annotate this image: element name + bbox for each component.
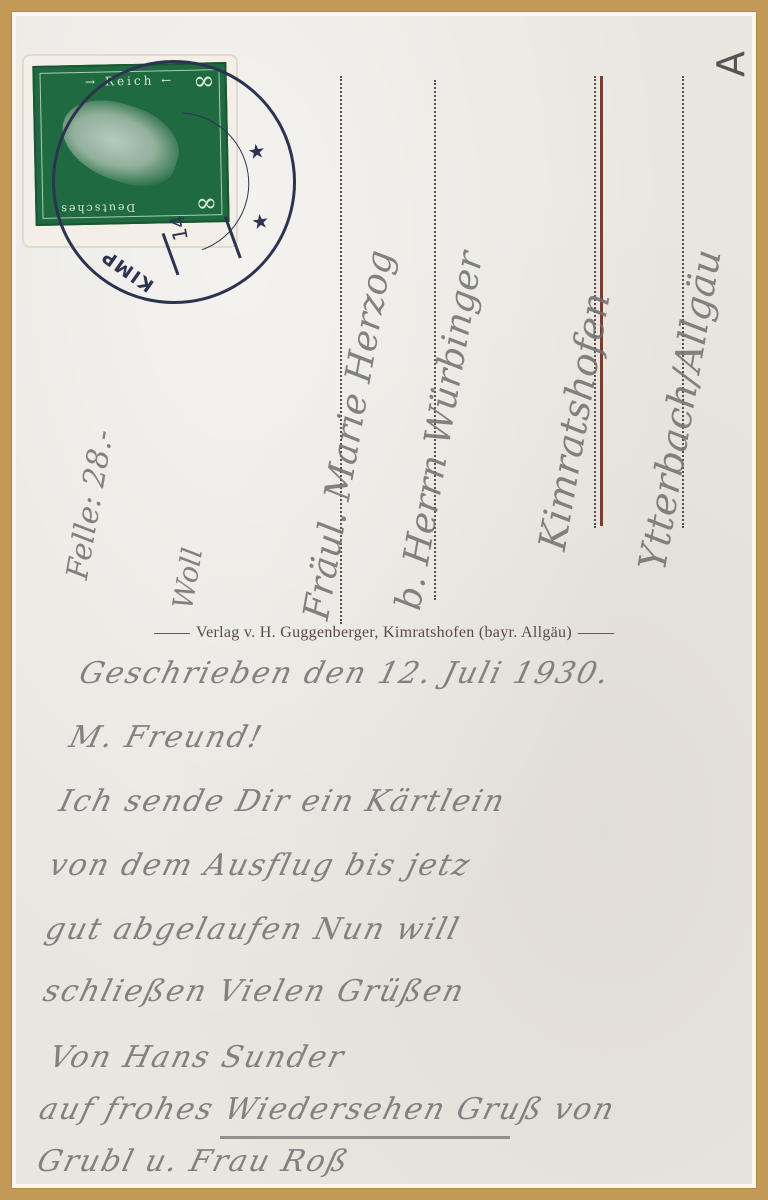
address-recipient: Fräul. Marie Herzog: [296, 247, 401, 623]
message-line: Ich sende Dir ein Kärtlein: [56, 784, 510, 819]
message-line: Von Hans Sunder: [46, 1040, 349, 1075]
publisher-imprint: Verlag v. H. Guggenberger, Kimratshofen …: [16, 624, 752, 642]
postmark-star-icon: ★: [250, 210, 271, 232]
postmark-star-icon: ★: [246, 140, 267, 162]
address-care-of: b. Herrn Würbinger: [388, 249, 491, 614]
message-line: gut abgelaufen Nun will: [42, 912, 464, 947]
address-region: Ytterbach/Allgäu: [630, 246, 730, 574]
message-line: Grubl u. Frau Roß: [34, 1144, 354, 1179]
corner-mark: A: [709, 51, 752, 77]
pencil-left-note: Woll: [166, 545, 209, 611]
publisher-text: Verlag v. H. Guggenberger, Kimratshofen …: [196, 624, 572, 641]
dash-right: [578, 633, 614, 634]
address-town: Kimratshofen: [530, 289, 619, 553]
postmark-date: 14: [165, 213, 193, 242]
underline-stroke: [220, 1136, 510, 1139]
message-line: M. Freund!: [66, 720, 267, 755]
message-line: auf frohes Wiedersehen Gruß von: [36, 1092, 620, 1127]
message-line: von dem Ausflug bis jetz: [46, 848, 475, 883]
dash-left: [154, 633, 190, 634]
postcard-back: A → Reich ← ∞ Deutsches ∞ ★ ★ KIMP 14 Fe…: [16, 16, 752, 1184]
message-line: Geschrieben den 12. Juli 1930.: [76, 656, 614, 691]
message-line: schließen Vielen Grüßen: [40, 974, 469, 1009]
pencil-price-note: Felle: 28.-: [60, 427, 121, 582]
